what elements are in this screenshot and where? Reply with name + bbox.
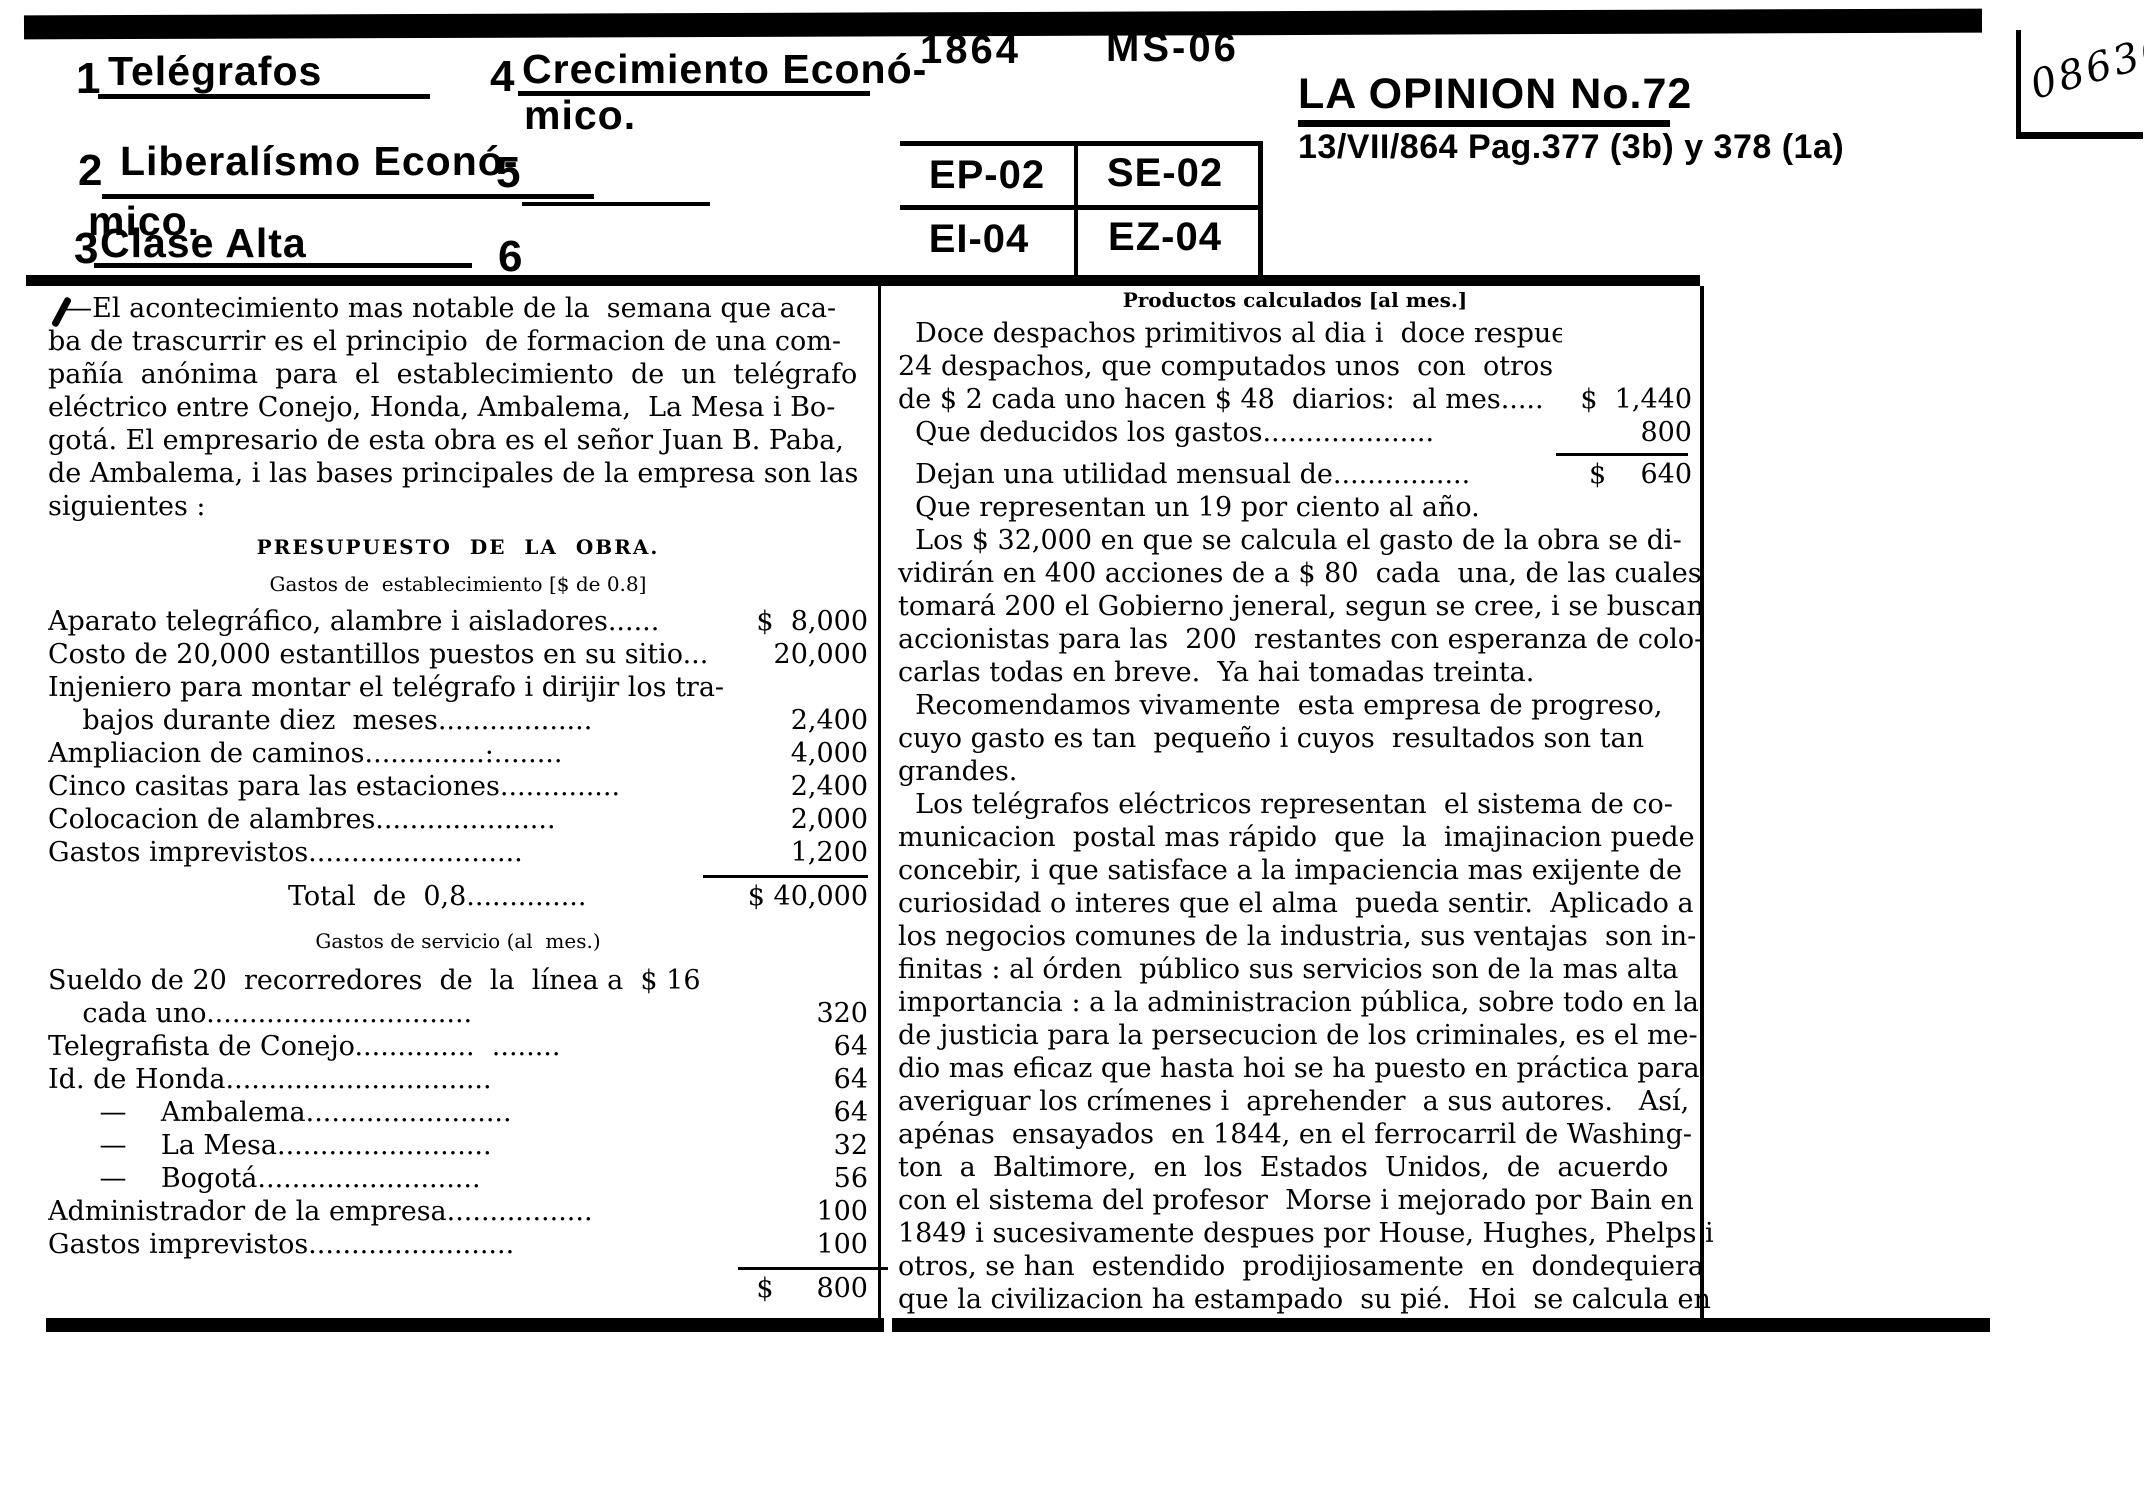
income-ledger: Doce despachos primitivos al dia i doce …: [898, 317, 1692, 449]
ledger-row: Costo de 20,000 estantillos puestos en s…: [48, 638, 868, 671]
budget-heading: PRESUPUESTO DE LA OBRA.: [48, 531, 868, 564]
source-title-underline: [1298, 120, 1670, 127]
ledger-item-label: Doce despachos primitivos al dia i doce …: [898, 317, 1562, 350]
ledger-row: — La Mesa......................... 32: [48, 1129, 868, 1162]
text-line: gotá. El empresario de esta obra es el s…: [48, 424, 868, 457]
service-total-row: $ 800: [48, 1272, 868, 1305]
text-line: carlas todas en breve. Ya hai tomadas tr…: [898, 656, 1692, 689]
code-cell-se: SE-02: [1088, 151, 1242, 196]
ledger-item-value: 800: [1562, 416, 1692, 449]
ledger-item-label: Gastos imprevistos......................…: [48, 1228, 738, 1261]
ledger-item-label: Costo de 20,000 estantillos puestos en s…: [48, 638, 738, 671]
ledger-item-value: 64: [738, 1096, 868, 1129]
code-cell-ep: EP-02: [910, 153, 1064, 198]
classification-code-table: EP-02 SE-02 EI-04 EZ-04: [900, 141, 1263, 279]
index-4-continuation: mico.: [524, 92, 636, 139]
text-line: Que representan un 19 por ciento al año.: [898, 491, 1692, 524]
establishment-subheading: Gastos de establecimiento [$ de 0.8]: [48, 568, 868, 601]
ledger-item-label: 24 despachos, que computados unos con ot…: [898, 350, 1562, 383]
ledger-item-value: 56: [738, 1162, 868, 1195]
ledger-row: Colocacion de alambres..................…: [48, 803, 868, 836]
ledger-item-value: $ 1,440: [1562, 383, 1692, 416]
ledger-item-value: 2,400: [738, 704, 868, 737]
ledger-row: Cinco casitas para las estaciones.......…: [48, 770, 868, 803]
code-cell-ei: EI-04: [902, 217, 1056, 262]
ms-code-label: MS-06: [1106, 26, 1239, 71]
ledger-item-value: 20,000: [738, 638, 868, 671]
ledger-row: 24 despachos, que computados unos con ot…: [898, 350, 1692, 383]
text-line: que la civilizacion ha estampado su pié.…: [898, 1283, 1692, 1316]
ledger-item-label: Que deducidos los gastos................…: [898, 416, 1562, 449]
left-column: —El acontecimiento mas notable de la sem…: [48, 292, 868, 1305]
scanned-archive-card: 08636 1 Telégrafos 4 Crecimiento Econó- …: [0, 0, 2144, 1492]
ledger-item-label: — La Mesa.........................: [48, 1129, 738, 1162]
ledger-item-label: Administrador de la empresa.............…: [48, 1195, 738, 1228]
text-line: siguientes :: [48, 490, 868, 523]
ledger-row: Doce despachos primitivos al dia i doce …: [898, 317, 1692, 350]
text-line: grandes.: [898, 755, 1692, 788]
ledger-item-label: Aparato telegráfico, alambre i aisladore…: [48, 605, 738, 638]
income-rule: [1556, 453, 1688, 456]
service-total-value: $ 800: [738, 1272, 868, 1305]
text-line: —El acontecimiento mas notable de la sem…: [48, 292, 868, 325]
ledger-row: Administrador de la empresa.............…: [48, 1195, 868, 1228]
bottom-ink-bar-right: [892, 1318, 1990, 1332]
code-table-mid-line: [900, 205, 1258, 210]
ledger-row: bajos durante diez meses................…: [48, 704, 868, 737]
text-line: ton a Baltimore, en los Estados Unidos, …: [898, 1151, 1692, 1184]
service-total-rule: [738, 1267, 888, 1270]
source-title: LA OPINION No.72: [1298, 70, 1692, 119]
text-line: cuyo gasto es tan pequeño i cuyos result…: [898, 722, 1692, 755]
ledger-row: Aparato telegráfico, alambre i aisladore…: [48, 605, 868, 638]
article-body: Que representan un 19 por ciento al año.…: [898, 491, 1692, 1316]
index-1-label: Telégrafos: [108, 48, 322, 95]
text-line: los negocios comunes de la industria, su…: [898, 920, 1692, 953]
ledger-item-value: 320: [738, 997, 868, 1030]
text-line: de justicia para la persecucion de los c…: [898, 1019, 1692, 1052]
text-line: curiosidad o interes que el alma pueda s…: [898, 887, 1692, 920]
text-line: con el sistema del profesor Morse i mejo…: [898, 1184, 1692, 1217]
text-line: Recomendamos vivamente esta empresa de p…: [898, 689, 1692, 722]
ledger-item-label: — Bogotá..........................: [48, 1162, 738, 1195]
text-line: importancia : a la administracion públic…: [898, 986, 1692, 1019]
ledger-item-label: Ampliacion de caminos..............:....…: [48, 737, 738, 770]
utility-label: Dejan una utilidad mensual de...........…: [898, 458, 1562, 491]
text-line: Los $ 32,000 en que se calcula el gasto …: [898, 524, 1692, 557]
index-4-label: Crecimiento Econó-: [522, 46, 927, 93]
index-2-number: 2: [78, 146, 102, 196]
code-table-divider: [1074, 141, 1078, 279]
establishment-total-row: Total de 0,8.............. $ 40,000: [48, 880, 868, 913]
ledger-row: Id. de Honda............................…: [48, 1063, 868, 1096]
index-5-number: 5: [496, 148, 520, 198]
establishment-total-rule: [703, 875, 868, 878]
ledger-row: Que deducidos los gastos................…: [898, 416, 1692, 449]
ledger-item-value: 32: [738, 1129, 868, 1162]
text-line: ba de trascurrir es el principio de form…: [48, 325, 868, 358]
right-column: Productos calculados [al mes.] Doce desp…: [898, 284, 1692, 1316]
utility-value: $ 640: [1562, 458, 1692, 491]
intro-paragraph: —El acontecimiento mas notable de la sem…: [48, 292, 868, 523]
ledger-item-label: bajos durante diez meses................…: [48, 704, 738, 737]
ledger-item-label: Cinco casitas para las estaciones.......…: [48, 770, 738, 803]
archive-number-handwritten: 08636: [2025, 25, 2144, 108]
ledger-item-value: $ 8,000: [738, 605, 868, 638]
establishment-ledger: Aparato telegráfico, alambre i aisladore…: [48, 605, 868, 869]
ledger-item-label: Injeniero para montar el telégrafo i dir…: [48, 671, 738, 704]
index-1-number: 1: [76, 54, 100, 104]
ledger-item-value: 2,400: [738, 770, 868, 803]
index-3-underline: [94, 263, 472, 268]
bottom-ink-bar-left: [46, 1318, 884, 1332]
ledger-item-label: Id. de Honda............................…: [48, 1063, 738, 1096]
year-label: 1864: [920, 28, 1021, 73]
ledger-item-label: cada uno...............................: [48, 997, 738, 1030]
source-reference: 13/VII/864 Pag.377 (3b) y 378 (1a): [1298, 128, 1844, 167]
ledger-row: Ampliacion de caminos..............:....…: [48, 737, 868, 770]
text-line: concebir, i que satisface a la impacienc…: [898, 854, 1692, 887]
index-2-label: Liberalísmo Econó-: [120, 138, 518, 185]
ledger-item-label: Telegrafista de Conejo.............. ...…: [48, 1030, 738, 1063]
ledger-item-label: Sueldo de 20 recorredores de la línea a …: [48, 964, 738, 997]
archive-stamp-box: 08636: [2016, 30, 2143, 139]
ledger-row: Telegrafista de Conejo.............. ...…: [48, 1030, 868, 1063]
index-1-underline: [98, 94, 430, 99]
establishment-total-label: Total de 0,8..............: [288, 880, 738, 913]
ledger-item-label: Colocacion de alambres..................…: [48, 803, 738, 836]
ledger-item-label: de $ 2 cada uno hacen $ 48 diarios: al m…: [898, 383, 1562, 416]
ledger-row: de $ 2 cada uno hacen $ 48 diarios: al m…: [898, 383, 1692, 416]
ledger-row: — Ambalema........................ 64: [48, 1096, 868, 1129]
establishment-total-value: $ 40,000: [738, 880, 868, 913]
index-3-label: Clase Alta: [100, 220, 307, 267]
code-table-top-line: [900, 141, 1258, 146]
ledger-row: Injeniero para montar el telégrafo i dir…: [48, 671, 868, 704]
text-line: apénas ensayados en 1844, en el ferrocar…: [898, 1118, 1692, 1151]
index-5-underline: [522, 202, 710, 206]
utility-row: Dejan una utilidad mensual de...........…: [898, 458, 1692, 491]
column-divider-line: [878, 286, 881, 1326]
ledger-item-label: Gastos imprevistos......................…: [48, 836, 738, 869]
index-4-number: 4: [490, 52, 514, 102]
ledger-row: Sueldo de 20 recorredores de la línea a …: [48, 964, 868, 997]
text-line: municacion postal mas rápido que la imaj…: [898, 821, 1692, 854]
text-line: vidirán en 400 acciones de a $ 80 cada u…: [898, 557, 1692, 590]
ledger-item-value: 1,200: [738, 836, 868, 869]
text-line: finitas : al órden público sus servicios…: [898, 953, 1692, 986]
text-line: dio mas eficaz que hasta hoi se ha puest…: [898, 1052, 1692, 1085]
service-ledger: Sueldo de 20 recorredores de la línea a …: [48, 964, 868, 1261]
ledger-item-value: 64: [738, 1063, 868, 1096]
ledger-row: cada uno............................... …: [48, 997, 868, 1030]
ledger-row: Gastos imprevistos......................…: [48, 1228, 868, 1261]
ledger-item-label: — Ambalema........................: [48, 1096, 738, 1129]
text-line: otros, se han estendido prodijiosamente …: [898, 1250, 1692, 1283]
service-total-spacer: [48, 1272, 738, 1305]
ledger-item-value: [738, 671, 868, 704]
ledger-item-value: 64: [738, 1030, 868, 1063]
ledger-item-value: [1562, 350, 1692, 383]
ledger-row: Gastos imprevistos......................…: [48, 836, 868, 869]
ledger-item-value: 2,000: [738, 803, 868, 836]
text-line: accionistas para las 200 restantes con e…: [898, 623, 1692, 656]
text-line: pañía anónima para el establecimiento de…: [48, 358, 868, 391]
products-heading: Productos calculados [al mes.]: [898, 284, 1692, 317]
right-margin-line: [1700, 286, 1704, 1328]
ledger-item-value: [738, 964, 868, 997]
text-line: de Ambalema, i las bases principales de …: [48, 457, 868, 490]
text-line: 1849 i sucesivamente despues por House, …: [898, 1217, 1692, 1250]
ledger-row: — Bogotá.......................... 56: [48, 1162, 868, 1195]
service-subheading: Gastos de servicio (al mes.): [48, 925, 868, 958]
text-line: averiguar los crímenes i aprehender a su…: [898, 1085, 1692, 1118]
ledger-item-value: 4,000: [738, 737, 868, 770]
ledger-item-value: 100: [738, 1228, 868, 1261]
text-line: tomará 200 el Gobierno jeneral, segun se…: [898, 590, 1692, 623]
text-line: Los telégrafos eléctricos representan el…: [898, 788, 1692, 821]
ledger-item-value: 100: [738, 1195, 868, 1228]
text-line: eléctrico entre Conejo, Honda, Ambalema,…: [48, 391, 868, 424]
code-cell-ez: EZ-04: [1088, 215, 1242, 260]
ledger-item-value: [1562, 317, 1692, 350]
